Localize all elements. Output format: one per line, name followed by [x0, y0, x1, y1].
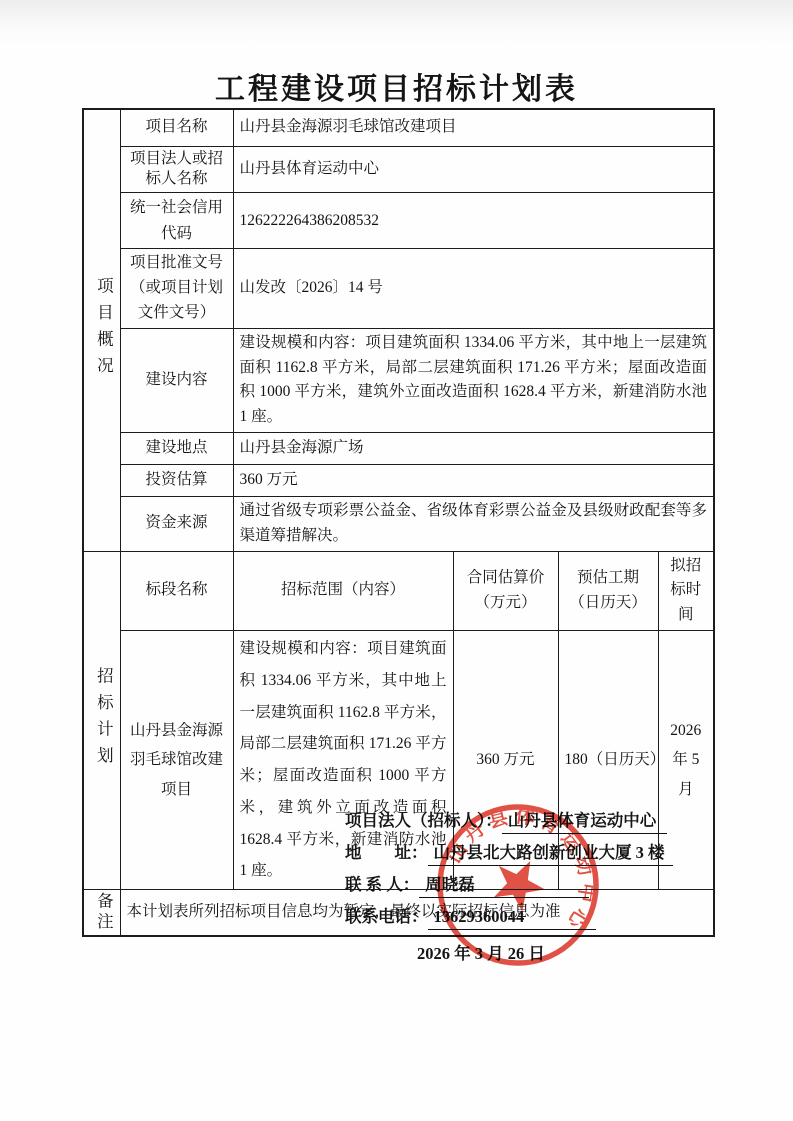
table-row: 项目概况 项目名称 山丹县金海源羽毛球馆改建项目	[83, 109, 714, 146]
signature-block: 项目法人（招标人）：山丹县体育运动中心 地 址：山丹县北大路创新创业大厦 3 楼…	[345, 810, 705, 975]
column-header-duration: 预估工期（日历天）	[558, 551, 658, 630]
row-label-legal-person: 项目法人或招标人名称	[120, 146, 233, 193]
phone-line: 联系电话：13629360044	[345, 906, 705, 938]
row-label-funding-source: 资金来源	[120, 497, 233, 552]
legal-person-value: 山丹县体育运动中心	[502, 810, 667, 834]
section-label-overview: 项目概况	[83, 109, 120, 551]
table-header-row: 招标计划 标段名称 招标范围（内容） 合同估算价（万元） 预估工期（日历天） 拟…	[83, 551, 714, 630]
row-value-approval-doc: 山发改〔2026〕14 号	[233, 249, 714, 328]
section-label-text: 招标计划	[90, 667, 116, 773]
table-row: 投资估算 360 万元	[83, 465, 714, 497]
section-label-remark: 备注	[83, 890, 120, 937]
column-header-bid-time: 拟招标时间	[658, 551, 714, 630]
contact-line: 联 系 人：周晓磊	[345, 874, 705, 906]
section-label-plan: 招标计划	[83, 551, 120, 890]
row-label-location: 建设地点	[120, 433, 233, 465]
row-value-investment: 360 万元	[233, 465, 714, 497]
column-header-section-name: 标段名称	[120, 551, 233, 630]
row-value-location: 山丹县金海源广场	[233, 433, 714, 465]
table-row: 项目法人或招标人名称 山丹县体育运动中心	[83, 146, 714, 193]
row-value-construction-content: 建设规模和内容：项目建筑面积 1334.06 平方米，其中地上一层建筑面积 11…	[233, 328, 714, 432]
contact-label: 联 系 人：	[345, 875, 419, 894]
contact-value: 周晓磊	[419, 874, 589, 898]
address-line: 地 址：山丹县北大路创新创业大厦 3 楼	[345, 842, 705, 874]
column-header-estimate: 合同估算价（万元）	[453, 551, 558, 630]
legal-person-line: 项目法人（招标人）：山丹县体育运动中心	[345, 810, 705, 842]
table-row: 建设地点 山丹县金海源广场	[83, 433, 714, 465]
cell-section-name: 山丹县金海源羽毛球馆改建项目	[120, 631, 233, 890]
section-label-text: 项目概况	[90, 277, 116, 383]
row-value-credit-code: 126222264386208532	[233, 193, 714, 249]
row-label-approval-doc: 项目批准文号（或项目计划文件文号）	[120, 249, 233, 328]
phone-value: 13629360044	[428, 906, 596, 930]
date-line: 2026 年 3 月 26 日	[345, 943, 705, 975]
row-value-legal-person: 山丹县体育运动中心	[233, 146, 714, 193]
table-row: 建设内容 建设规模和内容：项目建筑面积 1334.06 平方米，其中地上一层建筑…	[83, 328, 714, 432]
table-row: 项目批准文号（或项目计划文件文号） 山发改〔2026〕14 号	[83, 249, 714, 328]
legal-person-label: 项目法人（招标人）：	[345, 811, 502, 830]
table-row: 统一社会信用代码 126222264386208532	[83, 193, 714, 249]
row-label-project-name: 项目名称	[120, 109, 233, 146]
section-label-text: 备注	[90, 892, 116, 933]
table-row: 资金来源 通过省级专项彩票公益金、省级体育彩票公益金及县级财政配套等多渠道筹措解…	[83, 497, 714, 552]
phone-label: 联系电话：	[345, 907, 428, 926]
row-label-investment: 投资估算	[120, 465, 233, 497]
row-value-funding-source: 通过省级专项彩票公益金、省级体育彩票公益金及县级财政配套等多渠道筹措解决。	[233, 497, 714, 552]
row-value-project-name: 山丹县金海源羽毛球馆改建项目	[233, 109, 714, 146]
document-page: 工程建设项目招标计划表 项目概况 项目名称 山丹县金海源羽毛球馆改建项目 项目法…	[0, 0, 793, 1121]
page-title: 工程建设项目招标计划表	[0, 64, 793, 108]
row-label-credit-code: 统一社会信用代码	[120, 193, 233, 249]
address-label: 地 址：	[345, 843, 428, 862]
row-label-construction-content: 建设内容	[120, 328, 233, 432]
address-value: 山丹县北大路创新创业大厦 3 楼	[428, 842, 673, 866]
column-header-scope: 招标范围（内容）	[233, 551, 453, 630]
